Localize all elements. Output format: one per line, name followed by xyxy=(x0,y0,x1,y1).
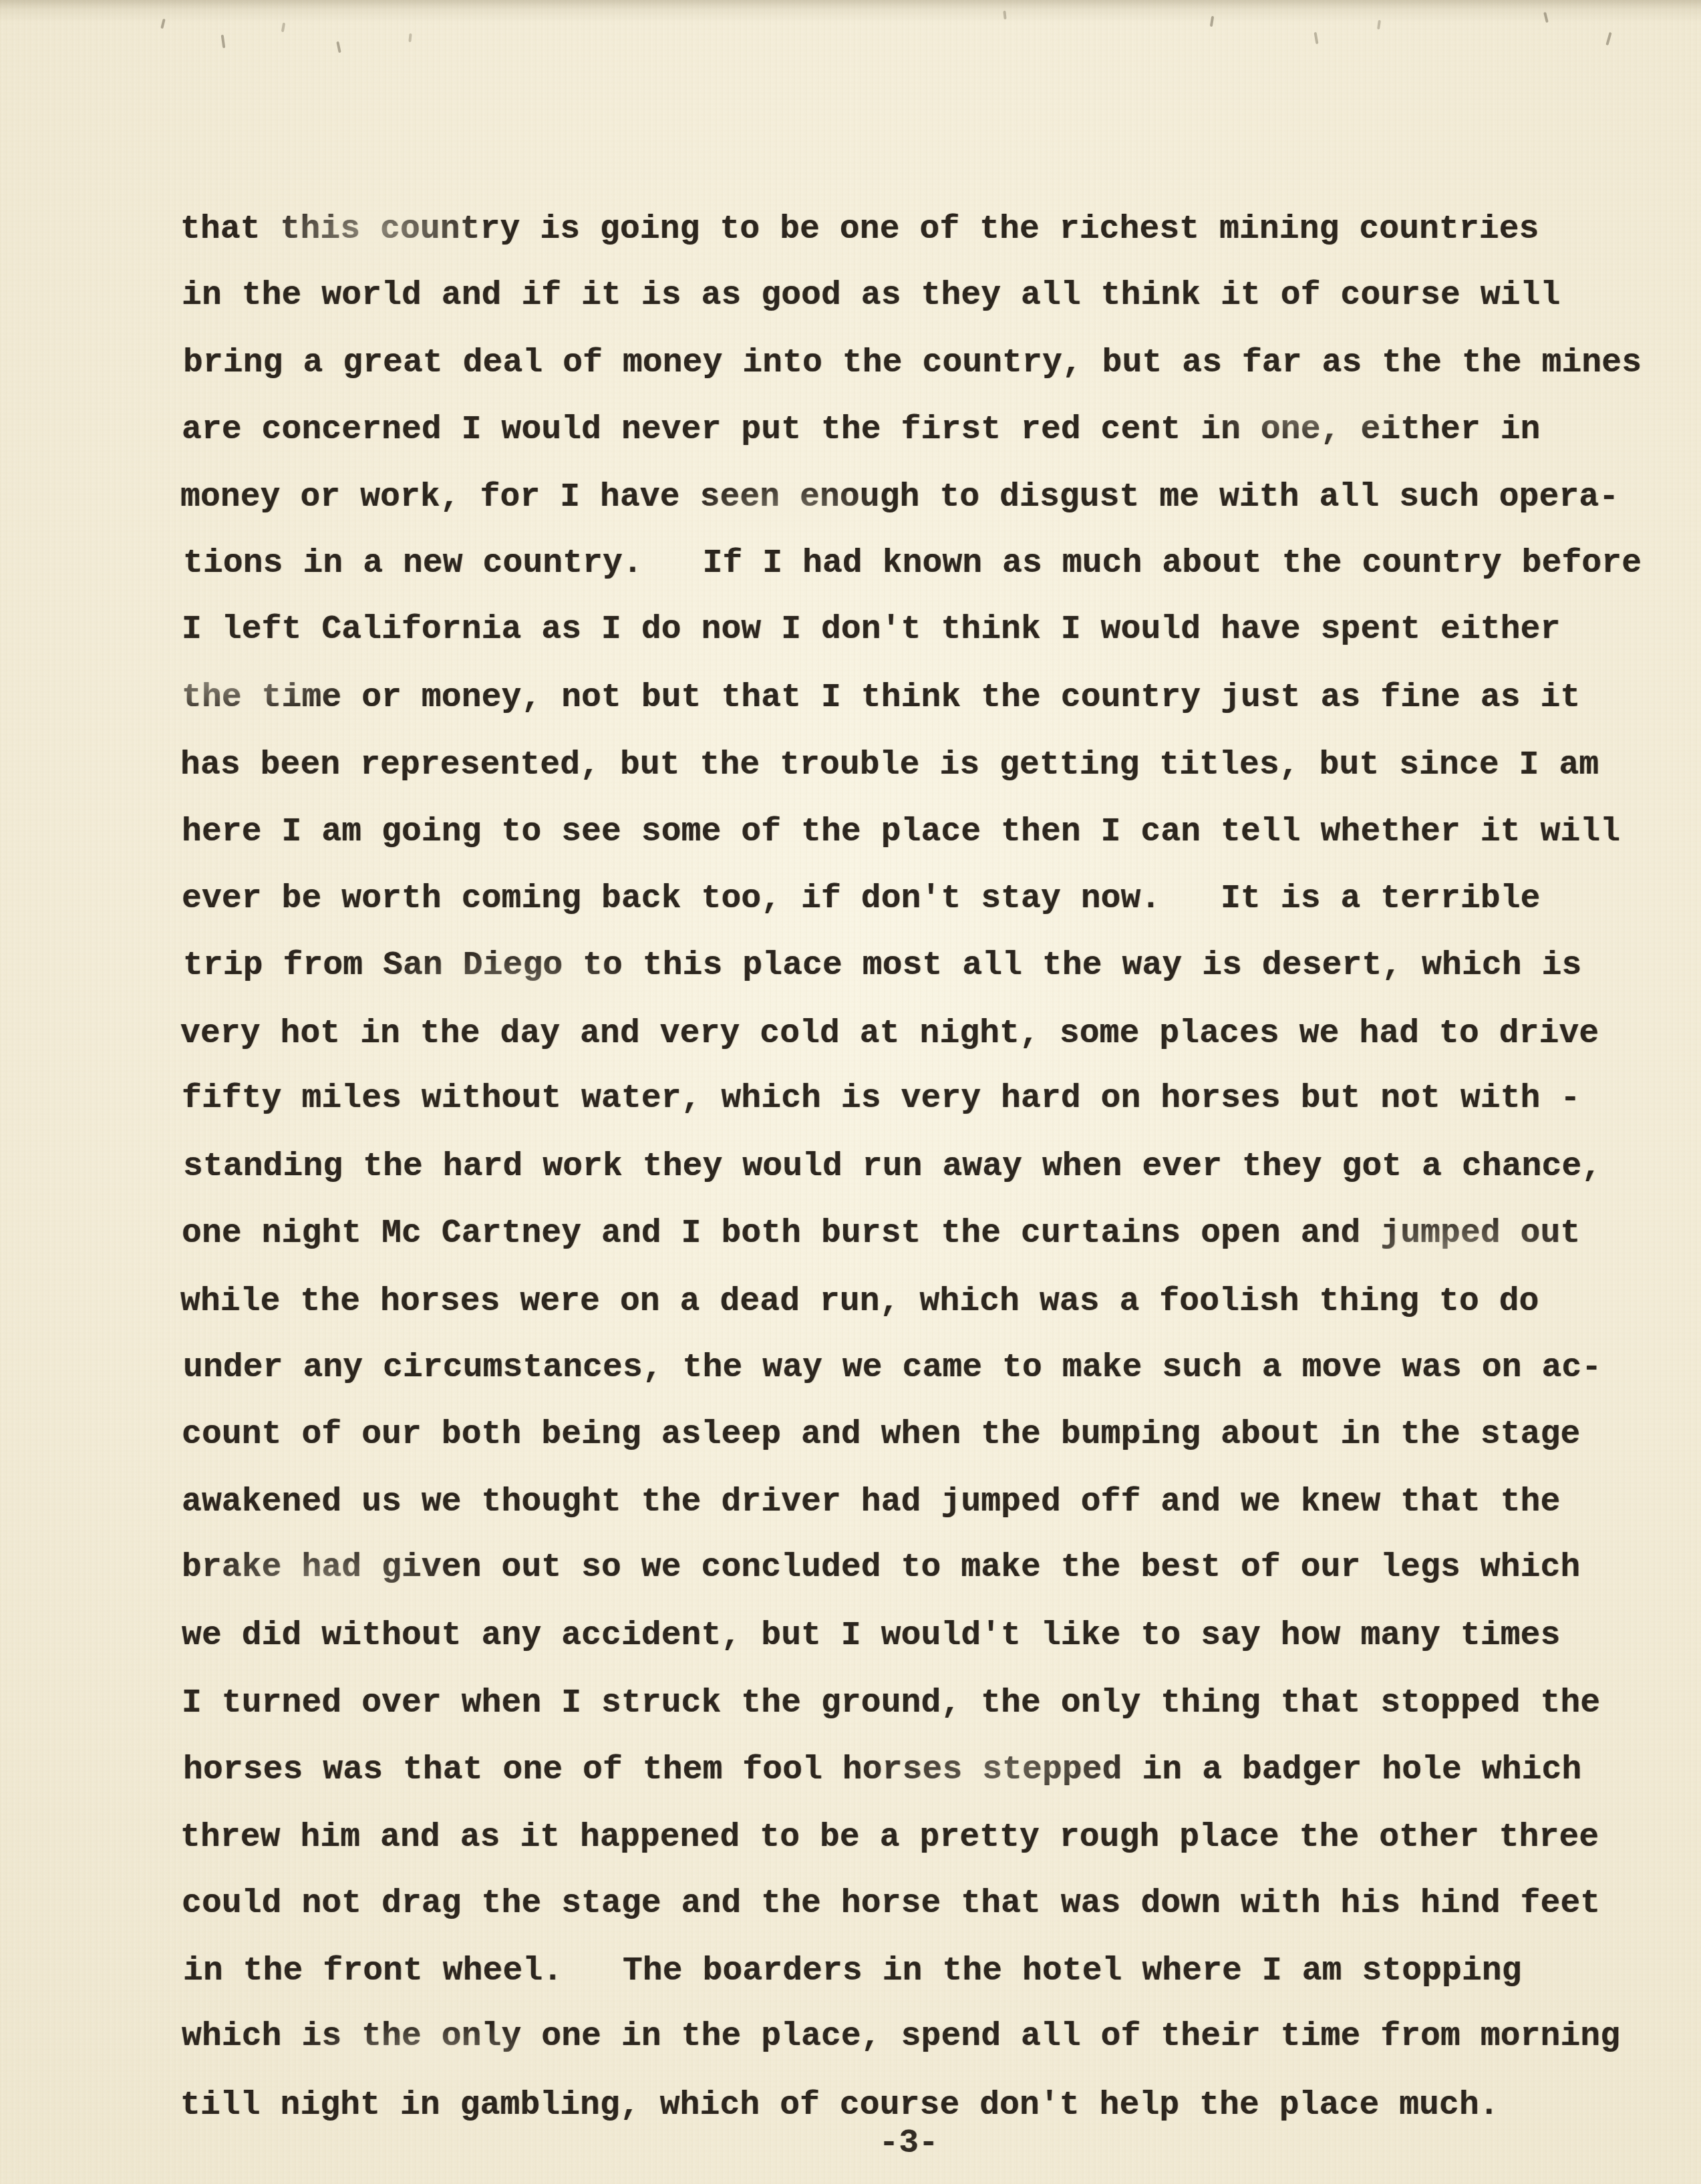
scan-artifact xyxy=(1377,20,1381,29)
scan-artifact xyxy=(160,19,166,29)
scan-artifact xyxy=(1543,12,1549,23)
text-line: tions in a new country. If I had known a… xyxy=(183,530,1673,597)
scan-artifact xyxy=(281,23,285,32)
text-line: under any circumstances, the way we came… xyxy=(183,1334,1673,1401)
text-line: bring a great deal of money into the cou… xyxy=(183,329,1673,396)
text-line: trip from San Diego to this place most a… xyxy=(183,932,1673,999)
text-line: that this country is going to be one of … xyxy=(180,196,1670,263)
text-line: the time or money, not but that I think … xyxy=(182,664,1672,731)
scanned-letter-page: that this country is going to be one of … xyxy=(0,0,1701,2184)
text-line: horses was that one of them fool horses … xyxy=(183,1736,1673,1803)
text-line: while the horses were on a dead run, whi… xyxy=(180,1268,1670,1335)
page-number: -3- xyxy=(0,2123,1701,2163)
text-line: here I am going to see some of the place… xyxy=(182,798,1672,865)
text-line: are concerned I would never put the firs… xyxy=(182,396,1672,463)
text-line: could not drag the stage and the horse t… xyxy=(182,1870,1672,1937)
text-line: has been represented, but the trouble is… xyxy=(180,732,1670,798)
scan-artifact xyxy=(336,41,341,53)
scan-artifact xyxy=(1210,16,1214,27)
text-line: in the world and if it is as good as the… xyxy=(182,262,1672,329)
text-line: brake had given out so we concluded to m… xyxy=(182,1534,1672,1601)
letter-body: that this country is going to be one of … xyxy=(182,195,1672,2139)
text-line: ever be worth coming back too, if don't … xyxy=(182,865,1672,932)
scan-artifact xyxy=(221,35,226,48)
text-line: count of our both being asleep and when … xyxy=(182,1401,1672,1468)
text-line: money or work, for I have seen enough to… xyxy=(180,464,1670,530)
text-line: fifty miles without water, which is very… xyxy=(182,1065,1672,1132)
scan-artifact xyxy=(1605,32,1611,45)
text-line: awakened us we thought the driver had ju… xyxy=(182,1468,1672,1535)
scan-artifact xyxy=(1313,32,1318,44)
text-line: threw him and as it happened to be a pre… xyxy=(180,1804,1670,1871)
scan-artifact xyxy=(1003,11,1006,19)
text-line: which is the only one in the place, spen… xyxy=(182,2003,1672,2070)
text-line: I left California as I do now I don't th… xyxy=(182,596,1672,663)
text-line: one night Mc Cartney and I both burst th… xyxy=(182,1200,1672,1267)
text-line: standing the hard work they would run aw… xyxy=(183,1133,1673,1200)
text-line: very hot in the day and very cold at nig… xyxy=(180,1000,1670,1067)
text-line: we did without any accident, but I would… xyxy=(182,1602,1672,1669)
text-line: I turned over when I struck the ground, … xyxy=(182,1670,1672,1736)
scan-top-edge-shadow xyxy=(0,0,1701,23)
text-line: in the front wheel. The boarders in the … xyxy=(183,1937,1673,2004)
scan-artifact xyxy=(408,33,412,42)
